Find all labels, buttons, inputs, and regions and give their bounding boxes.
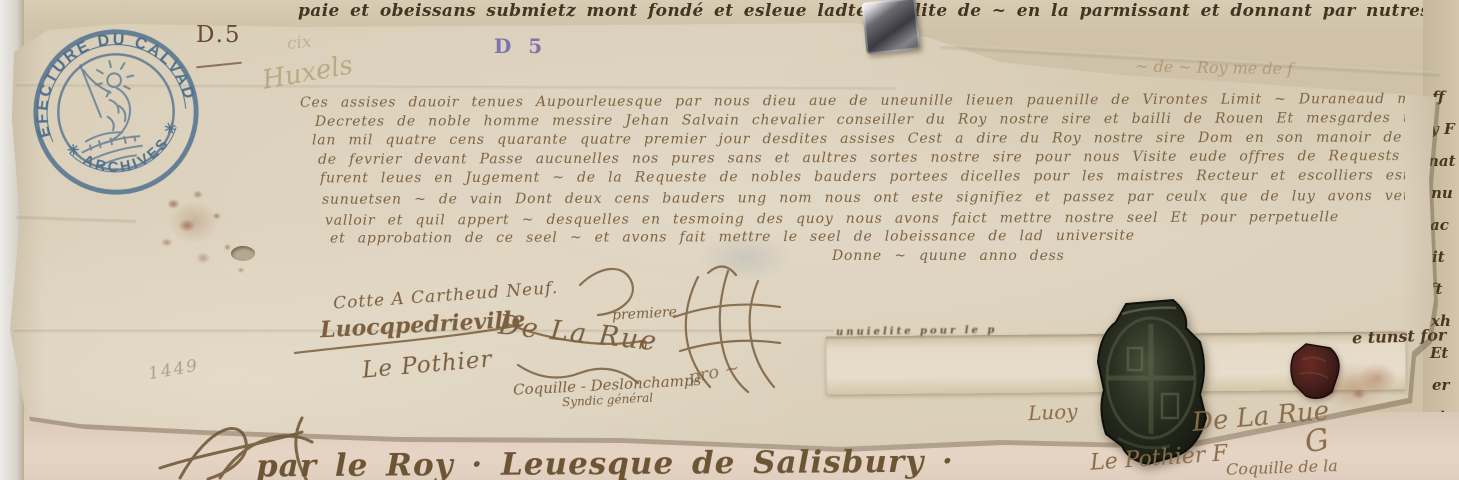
bottom-signature-coquille: Coquille de la <box>1226 456 1338 479</box>
body-line: et approbation de ce seel ~ et avons fai… <box>330 227 1270 248</box>
fold-squeezed-text: unuielite pour le p <box>836 325 997 338</box>
right-fragment: nu <box>1431 184 1453 202</box>
body-line: lan mil quatre cens quarante quatre prem… <box>312 130 1405 151</box>
parchment-hole <box>231 246 255 261</box>
bottom-document-headline: par le Roy · Leuesque de Salisbury · <box>256 444 954 480</box>
dark-wax-seal <box>1088 298 1218 466</box>
signature-premiere: premiere <box>612 304 678 323</box>
right-fragment: Et <box>1430 344 1448 362</box>
underlying-cross-fragment: e tunst for <box>1352 325 1447 347</box>
metal-clip <box>861 0 920 55</box>
blue-classification-stamp: D 5 <box>494 34 547 58</box>
faint-annotation-cix: cix <box>286 32 313 54</box>
bottom-signature-luoy: Luoy <box>1027 399 1078 426</box>
red-wax-remnant <box>1286 340 1344 402</box>
body-line: Decretes de noble homme messire Jehan Sa… <box>315 110 1405 132</box>
body-line: furent leues en Jugement ~ de la Request… <box>320 168 1405 189</box>
ink-classification-mark: D.5 <box>196 22 242 48</box>
body-line: Ces assises dauoir tenues Aupourleuesque… <box>300 91 1405 113</box>
right-fragment: er <box>1432 376 1449 394</box>
body-line: sunuetsen ~ de vain Dont deux cens baude… <box>322 188 1405 210</box>
signature-delarue-n: n <box>638 334 648 353</box>
body-line-tail: Donne ~ quune anno dess <box>832 248 1252 266</box>
body-line: de fevrier devant Passe aucunelles nos p… <box>318 148 1405 170</box>
parchment-scan: paie et obeissans submietz mont fondé et… <box>0 0 1459 480</box>
